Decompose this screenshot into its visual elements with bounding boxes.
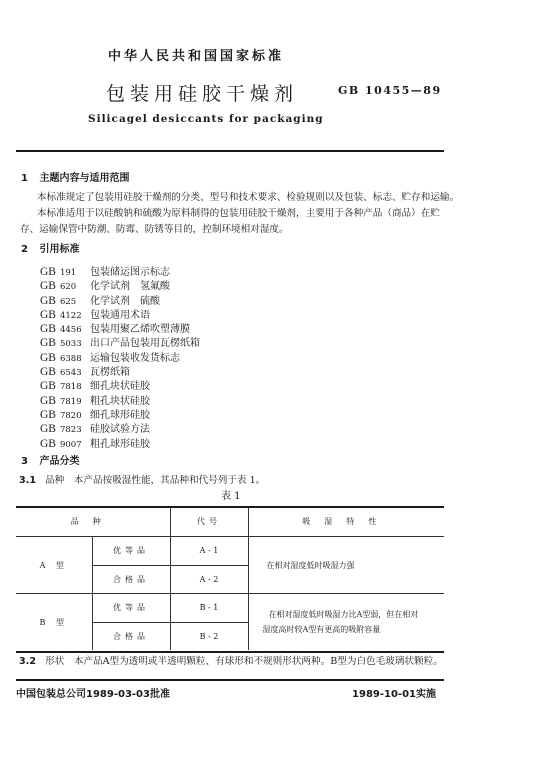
header-rule <box>16 150 444 152</box>
section-title: 引用标准 <box>39 244 79 255</box>
table-1: 品种 代号 吸湿特性 A 型 优等品 A - 1 在相对湿度低时吸湿力强 合格品… <box>16 507 444 650</box>
ref-item: GB4456包装用聚乙烯吹塑薄膜 <box>40 320 200 334</box>
section-2-heading: 2 引用标准 <box>21 243 79 257</box>
referenced-standards-list: GB191包装储运图示标志 GB620化学试剂 氢氟酸 GB625化学试剂 硫酸… <box>40 263 200 449</box>
section-number: 2 <box>21 244 28 255</box>
table-row: B 型 优等品 B - 1 在相对湿度低时吸湿力比A型弱，但在相对 湿度高时较A… <box>16 594 444 623</box>
grade-cell: 合格品 <box>92 622 170 650</box>
ref-item: GB9007粗孔球形硅胶 <box>40 435 200 449</box>
section-title: 产品分类 <box>39 456 79 467</box>
type-cell: B 型 <box>16 594 92 651</box>
property-cell: 在相对湿度低时吸湿力比A型弱，但在相对 湿度高时较A型有更高的吸附容量 <box>248 594 444 651</box>
national-standard-label: 中华人民共和国国家标准 <box>108 45 284 64</box>
section-3-1: 3.1 品种 本产品按吸湿性能，其品种和代号列于表 1。 <box>19 474 265 488</box>
approval-info: 中国包装总公司1989-03-03批准 <box>16 685 170 700</box>
section-title: 主题内容与适用范围 <box>39 173 129 184</box>
header-code: 代号 <box>170 507 248 537</box>
section-3-heading: 3 产品分类 <box>21 455 79 469</box>
ref-item: GB4122包装通用术语 <box>40 306 200 320</box>
grade-cell: 合格品 <box>92 565 170 594</box>
code-cell: A - 1 <box>170 537 248 566</box>
property-cell: 在相对湿度低时吸湿力强 <box>248 537 444 594</box>
ref-item: GB6388运输包装收发货标志 <box>40 349 200 363</box>
document-title-cn: 包装用硅胶干燥剂 <box>106 79 298 106</box>
table-bottom-rule <box>16 651 444 653</box>
header-variety: 品种 <box>16 507 170 537</box>
footer-rule <box>16 679 444 681</box>
section-number: 3 <box>21 456 28 467</box>
ref-item: GB7818细孔块状硅胶 <box>40 377 200 391</box>
grade-cell: 优等品 <box>92 594 170 623</box>
ref-item: GB625化学试剂 硫酸 <box>40 292 200 306</box>
code-cell: B - 2 <box>170 622 248 650</box>
document-title-en: Silicagel desiccants for packaging <box>88 113 324 125</box>
table-header-row: 品种 代号 吸湿特性 <box>16 507 444 537</box>
table-row: A 型 优等品 A - 1 在相对湿度低时吸湿力强 <box>16 537 444 566</box>
type-cell: A 型 <box>16 537 92 594</box>
code-cell: B - 1 <box>170 594 248 623</box>
section-3-2: 3.2 形状 本产品A型为透明或半透明颗粒、有球形和不规则形状两种。B型为白色毛… <box>19 655 443 669</box>
section-1-para-2-line-1: 本标准适用于以硅酸钠和硫酸为原料制得的包装用硅胶干燥剂，主要用于各种产品（商品）… <box>37 207 440 221</box>
section-1-para-1: 本标准规定了包装用硅胶干燥剂的分类、型号和技术要求、检验规则以及包装、标志、贮存… <box>37 191 459 205</box>
ref-item: GB620化学试剂 氢氟酸 <box>40 277 200 291</box>
ref-item: GB7819粗孔块状硅胶 <box>40 392 200 406</box>
ref-item: GB6543瓦楞纸箱 <box>40 363 200 377</box>
ref-item: GB7820细孔球形硅胶 <box>40 406 200 420</box>
table-caption: 表 1 <box>221 490 241 504</box>
section-1-heading: 1 主题内容与适用范围 <box>21 172 129 186</box>
header-property: 吸湿特性 <box>248 507 444 537</box>
ref-item: GB7823硅胶试验方法 <box>40 420 200 434</box>
section-1-para-2-line-2: 存、运输保管中防潮、防霉、防锈等目的，控制环境相对湿度。 <box>20 223 289 237</box>
ref-item: GB191包装储运图示标志 <box>40 263 200 277</box>
effective-date: 1989-10-01实施 <box>352 685 436 700</box>
ref-item: GB5033出口产品包装用瓦楞纸箱 <box>40 334 200 348</box>
grade-cell: 优等品 <box>92 537 170 566</box>
code-cell: A - 2 <box>170 565 248 594</box>
standard-code: GB 10455—89 <box>338 84 442 97</box>
section-number: 1 <box>21 173 28 184</box>
